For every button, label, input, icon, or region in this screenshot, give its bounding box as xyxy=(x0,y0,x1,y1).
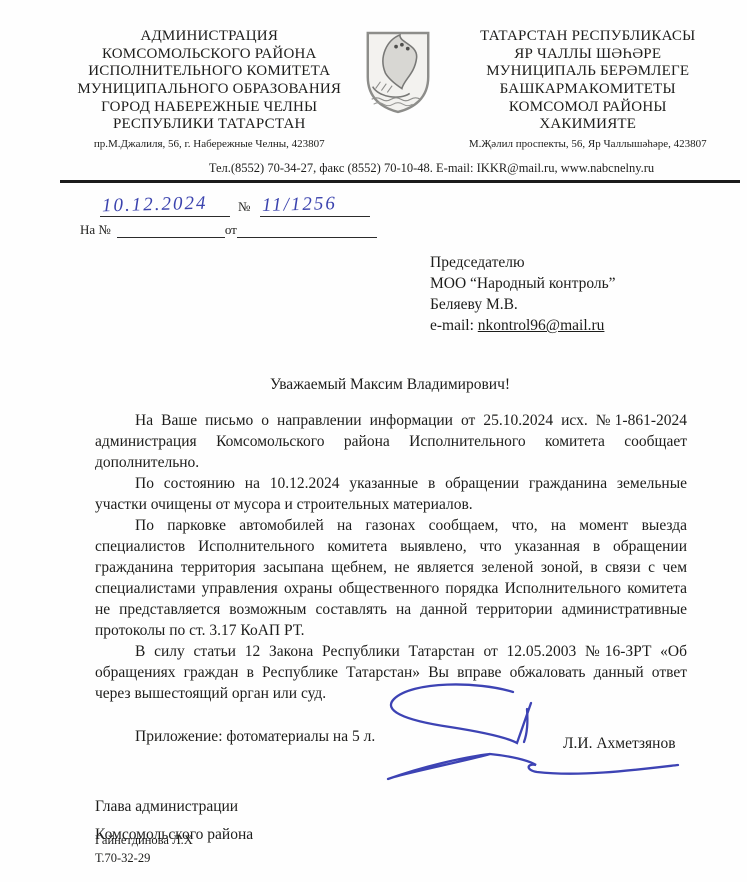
body-paragraph: По состоянию на 10.12.2024 указанные в о… xyxy=(95,473,687,515)
org-line: ГОРОД НАБЕРЕЖНЫЕ ЧЕЛНЫ xyxy=(60,99,359,117)
reply-from-label: от xyxy=(225,222,237,237)
org-name-russian: АДМИНИСТРАЦИЯ КОМСОМОЛЬСКОГО РАЙОНА ИСПО… xyxy=(60,28,359,151)
addressee-line: Беляеву М.В. xyxy=(430,294,747,315)
org-line: КОМСОМОЛ РАЙОНЫ xyxy=(439,99,738,117)
email-label: e-mail: xyxy=(430,317,478,334)
org-line: КОМСОМОЛЬСКОГО РАЙОНА xyxy=(60,46,359,64)
org-line: РЕСПУБЛИКИ ТАТАРСТАН xyxy=(60,116,359,134)
reply-number-field xyxy=(117,224,225,238)
org-line: МУНИЦИПАЛЬ БЕРӘМЛЕГЕ xyxy=(439,63,738,81)
addressee-email-line: e-mail: nkontrol96@mail.ru xyxy=(430,315,747,336)
incoming-reference-line: На №от xyxy=(80,222,747,238)
org-line: АДМИНИСТРАЦИЯ xyxy=(60,28,359,46)
org-name-tatar: ТАТАРСТАН РЕСПУБЛИКАСЫ ЯР ЧАЛЛЫ ШӘҺӘРЕ М… xyxy=(439,28,738,151)
handwritten-number: 11/1256 xyxy=(260,193,343,217)
signature-ink xyxy=(380,678,740,808)
org-line: ЯР ЧАЛЛЫ ШӘҺӘРЕ xyxy=(439,46,738,64)
org-line: МУНИЦИПАЛЬНОГО ОБРАЗОВАНИЯ xyxy=(60,81,359,99)
requisites-block: 10.12.2024 № 11/1256 На №от xyxy=(100,191,747,238)
scanned-letter-page: АДМИНИСТРАЦИЯ КОМСОМОЛЬСКОГО РАЙОНА ИСПО… xyxy=(0,0,747,882)
org-line: ИСПОЛНИТЕЛЬНОГО КОМИТЕТА xyxy=(60,63,359,81)
org-address-tatar: М.Җәлил проспекты, 56, Яр Чаллышәһәре, 4… xyxy=(439,138,738,151)
header-divider xyxy=(60,180,740,183)
org-line: БАШКАРМАКОМИТЕТЫ xyxy=(439,81,738,99)
letterhead: АДМИНИСТРАЦИЯ КОМСОМОЛЬСКОГО РАЙОНА ИСПО… xyxy=(0,0,747,151)
date-field: 10.12.2024 xyxy=(100,194,230,217)
number-field: 11/1256 xyxy=(260,194,370,217)
org-address-russian: пр.М.Джалиля, 56, г. Набережные Челны, 4… xyxy=(60,138,359,151)
coat-of-arms-icon xyxy=(359,28,439,121)
addressee-line: МОО “Народный контроль” xyxy=(430,273,747,294)
reply-date-field xyxy=(237,224,377,238)
salutation: Уважаемый Максим Владимирович! xyxy=(95,376,685,394)
signer-name: Л.И. Ахметзянов xyxy=(563,735,676,753)
outgoing-number-line: 10.12.2024 № 11/1256 xyxy=(100,191,747,217)
number-sign-label: № xyxy=(230,199,260,217)
executor-block: Гайнетдинова Л.Х Т.70-32-29 xyxy=(95,831,193,867)
org-line: ХАКИМИЯТЕ xyxy=(439,116,738,134)
org-line: ТАТАРСТАН РЕСПУБЛИКАСЫ xyxy=(439,28,738,46)
reply-prefix-label: На № xyxy=(80,222,111,237)
handwritten-date: 10.12.2024 xyxy=(100,193,214,218)
executor-phone: Т.70-32-29 xyxy=(95,849,193,867)
addressee-block: Председателю МОО “Народный контроль” Бел… xyxy=(430,252,747,336)
executor-name: Гайнетдинова Л.Х xyxy=(95,831,193,849)
signer-title-line: Комсомольского района xyxy=(95,821,747,849)
body-paragraph: По парковке автомобилей на газонах сообщ… xyxy=(95,515,687,641)
email-address: nkontrol96@mail.ru xyxy=(478,317,605,334)
contact-line: Тел.(8552) 70-34-27, факс (8552) 70-10-4… xyxy=(60,161,737,176)
body-paragraph: На Ваше письмо о направлении информации … xyxy=(95,410,687,473)
addressee-line: Председателю xyxy=(430,252,747,273)
